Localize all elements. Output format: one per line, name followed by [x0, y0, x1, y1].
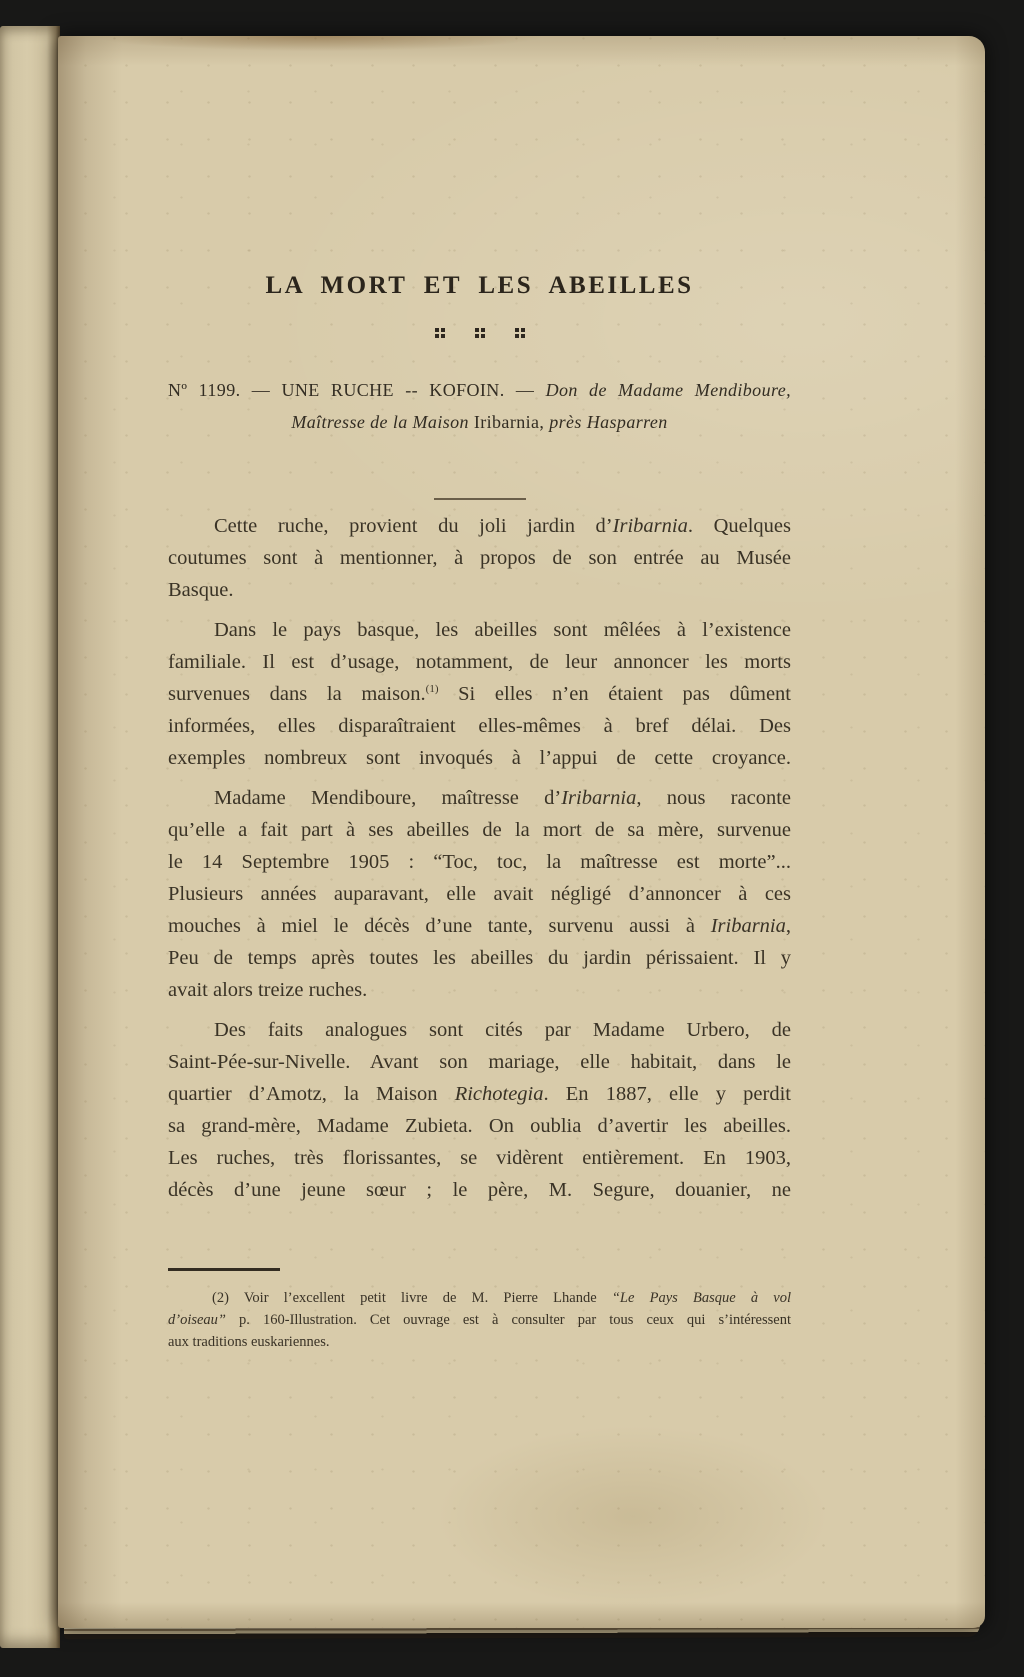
text-line: (2) Voir l’excellent petit livre de M. P…	[168, 1287, 791, 1309]
text-line: survenues dans la maison.(1) Si elles n’…	[168, 678, 791, 710]
text-line: mouches à miel le décès d’une tante, sur…	[168, 910, 791, 942]
footnote: (2) Voir l’excellent petit livre de M. P…	[168, 1287, 791, 1353]
text-line: Peu de temps après toutes les abeilles d…	[168, 942, 791, 974]
text-line: informées, elles disparaîtraient elles-m…	[168, 710, 791, 742]
ornament-dot-group	[515, 328, 519, 332]
ornament-dot-group	[475, 328, 479, 332]
catalog-heading: Nº 1199. — UNE RUCHE -- KOFOIN. — Don de…	[168, 378, 791, 434]
text-line: Des faits analogues sont cités par Madam…	[168, 1014, 791, 1046]
text-line: Les ruches, très florissantes, se vidère…	[168, 1142, 791, 1174]
paragraph: Dans le pays basque, les abeilles sont m…	[168, 614, 791, 774]
text-line: décès d’une jeune sœur ; le père, M. Seg…	[168, 1174, 791, 1206]
text-line: sa grand-mère, Madame Zubieta. On oublia…	[168, 1110, 791, 1142]
text-line: aux traditions euskariennes.	[168, 1331, 791, 1353]
text-line: exemples nombreux sont invoqués à l’appu…	[168, 742, 791, 774]
text-line: quartier d’Amotz, la Maison Richotegia. …	[168, 1078, 791, 1110]
scanned-book-photo: LA MORT ET LES ABEILLES Nº 1199. — UNE R…	[0, 0, 1024, 1677]
footnote-rule	[168, 1268, 280, 1271]
adjacent-page-edge	[0, 26, 60, 1648]
ornament-dot-group	[435, 328, 439, 332]
book-page: LA MORT ET LES ABEILLES Nº 1199. — UNE R…	[58, 36, 985, 1628]
separator-rule	[434, 498, 526, 500]
text-line: le 14 Septembre 1905 : “Toc, toc, la maî…	[168, 846, 791, 878]
paragraph: Des faits analogues sont cités par Madam…	[168, 1014, 791, 1206]
page-title: LA MORT ET LES ABEILLES	[168, 272, 791, 300]
paragraph: Madame Mendiboure, maîtresse d’Iribarnia…	[168, 782, 791, 1006]
text-line: Cette ruche, provient du joli jardin d’I…	[168, 510, 791, 542]
catalog-heading-line-2: Maîtresse de la Maison Iribarnia, près H…	[168, 410, 791, 434]
page-content: LA MORT ET LES ABEILLES Nº 1199. — UNE R…	[58, 36, 985, 1353]
text-line: Dans le pays basque, les abeilles sont m…	[168, 614, 791, 646]
text-line: qu’elle a fait part à ses abeilles de la…	[168, 814, 791, 846]
text-line: coutumes sont à mentionner, à propos de …	[168, 542, 791, 574]
ornament-dots	[168, 328, 791, 338]
text-line: Plusieurs années auparavant, elle avait …	[168, 878, 791, 910]
text-line: d’oiseau” p. 160-Illustration. Cet ouvra…	[168, 1309, 791, 1331]
text-line: avait alors treize ruches.	[168, 974, 791, 1006]
text-line: Madame Mendiboure, maîtresse d’Iribarnia…	[168, 782, 791, 814]
catalog-heading-line-1: Nº 1199. — UNE RUCHE -- KOFOIN. — Don de…	[168, 378, 791, 402]
body-text: Cette ruche, provient du joli jardin d’I…	[168, 510, 791, 1206]
text-line: Saint-Pée-sur-Nivelle. Avant son mariage…	[168, 1046, 791, 1078]
text-line: familiale. Il est d’usage, notamment, de…	[168, 646, 791, 678]
paragraph: Cette ruche, provient du joli jardin d’I…	[168, 510, 791, 606]
text-line: Basque.	[168, 574, 791, 606]
